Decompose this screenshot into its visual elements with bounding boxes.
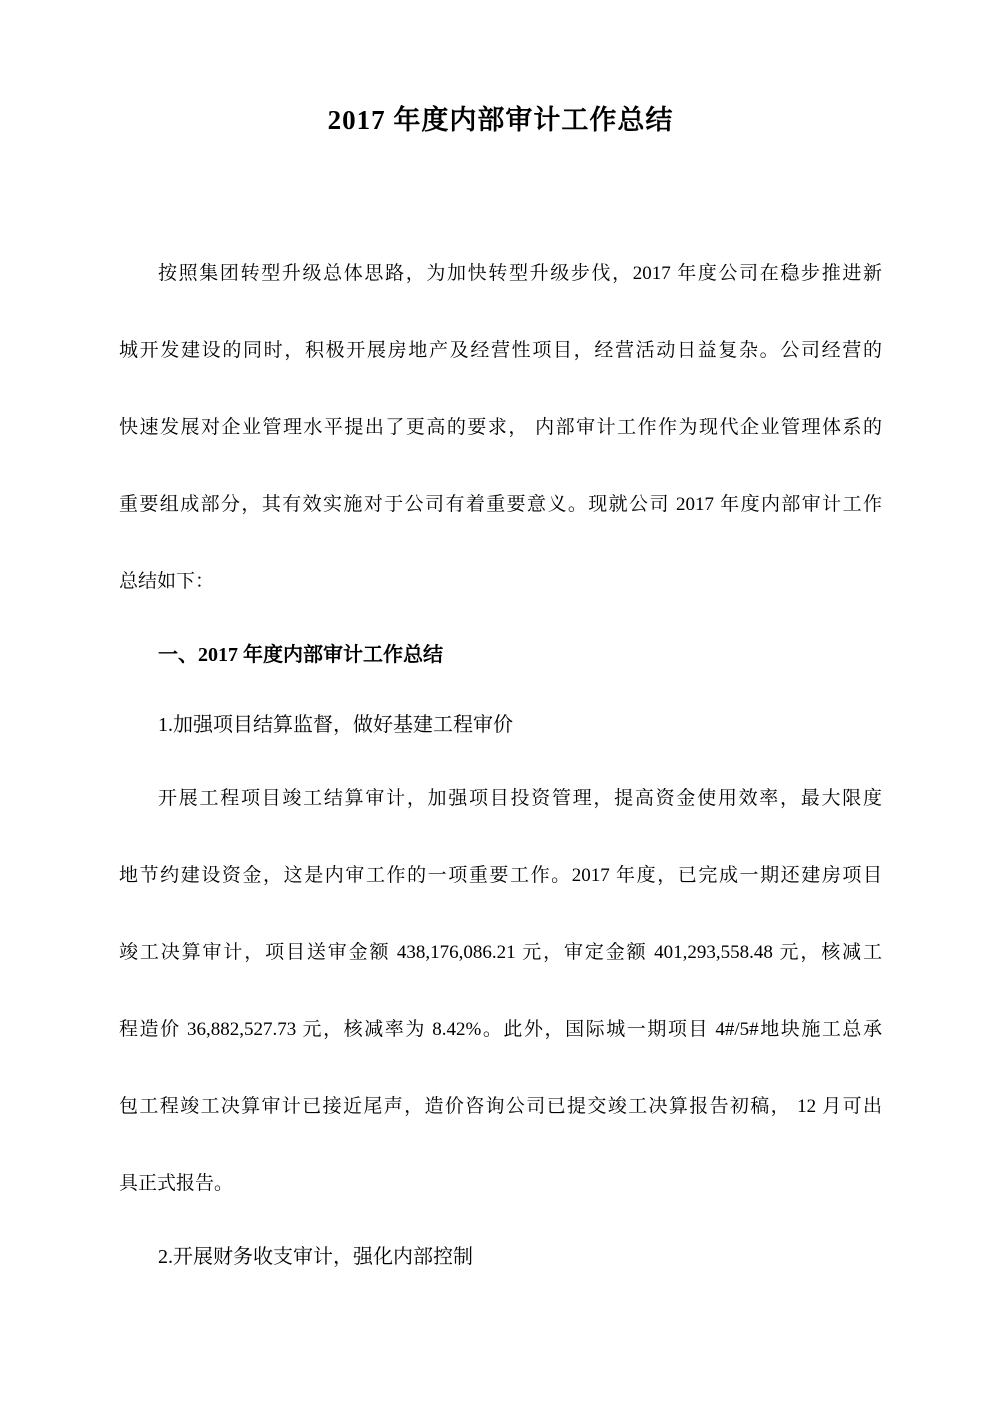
- paragraph-line: 快速发展对企业管理水平提出了更高的要求， 内部审计工作作为现代企业管理体系的: [119, 389, 882, 466]
- paragraph-line: 包工程竣工决算审计已接近尾声，造价咨询公司已提交竣工决算报告初稿， 12 月可出: [119, 1068, 882, 1145]
- paragraph-line: 程造价 36,882,527.73 元，核减率为 8.42%。此外，国际城一期项…: [119, 991, 882, 1068]
- paragraph-line: 具正式报告。: [119, 1145, 882, 1222]
- paragraph-line: 重要组成部分，其有效实施对于公司有着重要意义。现就公司 2017 年度内部审计工…: [119, 466, 882, 543]
- doc-title: 2017 年度内部审计工作总结: [119, 100, 882, 140]
- paragraph-line: 地节约建设资金，这是内审工作的一项重要工作。2017 年度，已完成一期还建房项目: [119, 837, 882, 914]
- document-body: 按照集团转型升级总体思路，为加快转型升级步伐，2017 年度公司在稳步推进新城开…: [119, 235, 882, 1292]
- paragraph-line: 竣工决算审计，项目送审金额 438,176,086.21 元，审定金额 401,…: [119, 914, 882, 991]
- paragraph-line: 按照集团转型升级总体思路，为加快转型升级步伐，2017 年度公司在稳步推进新: [119, 235, 882, 312]
- document-page: 2017 年度内部审计工作总结 按照集团转型升级总体思路，为加快转型升级步伐，2…: [0, 0, 1000, 1415]
- subsection-heading: 1.加强项目结算监督，做好基建工程审价: [119, 690, 882, 760]
- subsection-heading: 2.开展财务收支审计，强化内部控制: [119, 1222, 882, 1292]
- section-heading: 一、2017 年度内部审计工作总结: [119, 620, 882, 690]
- paragraph-line: 总结如下：: [119, 543, 882, 620]
- paragraph-line: 开展工程项目竣工结算审计，加强项目投资管理，提高资金使用效率，最大限度: [119, 760, 882, 837]
- paragraph-line: 城开发建设的同时，积极开展房地产及经营性项目，经营活动日益复杂。公司经营的: [119, 312, 882, 389]
